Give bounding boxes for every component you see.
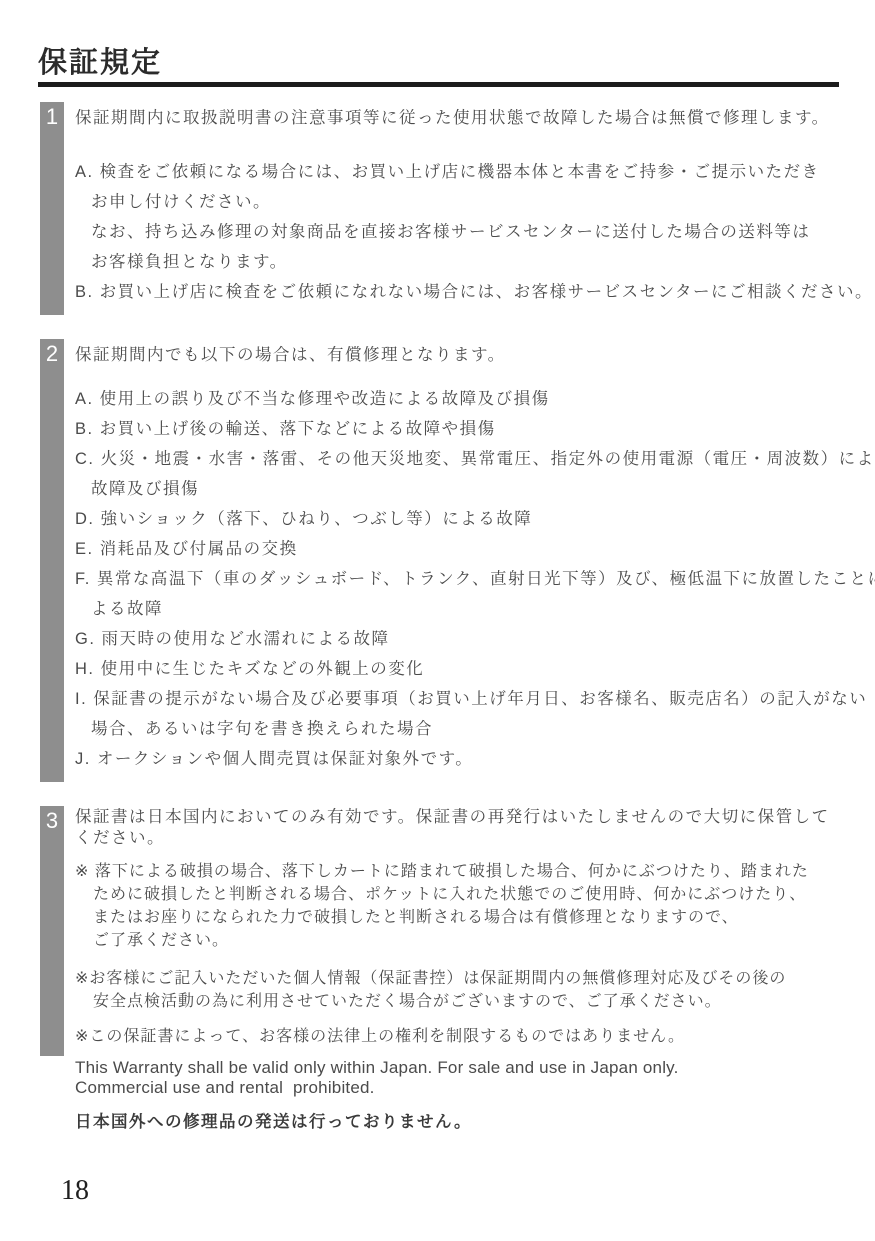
section-intro: 保証期間内に取扱説明書の注意事項等に従った使用状態で故障した場合は無償で修理しま…	[75, 103, 873, 133]
section-3-number-badge: 3	[40, 806, 64, 1056]
page-number: 18	[61, 1175, 89, 1207]
list-item-line: F. 異常な高温下（車のダッシュボード、トランク、直射日光下等）及び、極低温下に…	[75, 564, 875, 594]
list-item-line: お申し付けください。	[75, 187, 873, 217]
section-number: 1	[46, 104, 58, 129]
section-2-content: 保証期間内でも以下の場合は、有償修理となります。 A. 使用上の誤り及び不当な修…	[64, 339, 875, 782]
english-warranty-notice: This Warranty shall be valid only within…	[75, 1058, 679, 1097]
list-item-line: J. オークションや個人間売買は保証対象外です。	[75, 744, 875, 774]
list-item-line: G. 雨天時の使用など水濡れによる故障	[75, 624, 875, 654]
section-3: 3 保証書は日本国内においてのみ有効です。保証書の再発行はいたしませんので大切に…	[40, 806, 852, 1056]
english-line-1: This Warranty shall be valid only within…	[75, 1058, 679, 1077]
list-item-line: E. 消耗品及び付属品の交換	[75, 534, 875, 564]
section-intro: 保証書は日本国内においてのみ有効です。保証書の再発行はいたしませんので大切に保管…	[75, 807, 852, 849]
section-3-content: 保証書は日本国内においてのみ有効です。保証書の再発行はいたしませんので大切に保管…	[64, 806, 852, 1056]
list-item-line: D. 強いショック（落下、ひねり、つぶし等）による故障	[75, 504, 875, 534]
section-1-number-badge: 1	[40, 102, 64, 315]
list-item-line: 故障及び損傷	[75, 474, 875, 504]
note-line: ご了承ください。	[75, 929, 852, 952]
note-line: ※お客様にご記入いただいた個人情報（保証書控）は保証期間内の無償修理対応及びその…	[75, 967, 852, 990]
list-item-line: A. 使用上の誤り及び不当な修理や改造による故障及び損傷	[75, 384, 875, 414]
section-2-items: A. 使用上の誤り及び不当な修理や改造による故障及び損傷 B. お買い上げ後の輸…	[75, 384, 875, 774]
title-underline-rule	[38, 82, 839, 87]
document-body: 1 保証期間内に取扱説明書の注意事項等に従った使用状態で故障した場合は無償で修理…	[40, 102, 852, 1056]
section-intro-line: ください。	[75, 828, 852, 849]
note-line: 安全点検活動の為に利用させていただく場合がございますので、ご了承ください。	[75, 990, 852, 1013]
section-1: 1 保証期間内に取扱説明書の注意事項等に従った使用状態で故障した場合は無償で修理…	[40, 102, 852, 315]
note-legal-rights: ※この保証書によって、お客様の法律上の権利を制限するものではありません。	[75, 1025, 852, 1048]
page-title: 保証規定	[38, 40, 162, 81]
section-2: 2 保証期間内でも以下の場合は、有償修理となります。 A. 使用上の誤り及び不当…	[40, 339, 852, 782]
list-item-line: よる故障	[75, 594, 875, 624]
note-line: ※この保証書によって、お客様の法律上の権利を制限するものではありません。	[75, 1025, 852, 1048]
section-2-number-badge: 2	[40, 339, 64, 782]
note-line: ※ 落下による破損の場合、落下しカートに踏まれて破損した場合、何かにぶつけたり、…	[75, 860, 852, 883]
warranty-document-page: 保証規定 1 保証期間内に取扱説明書の注意事項等に従った使用状態で故障した場合は…	[0, 0, 875, 1241]
list-item-line: A. 検査をご依頼になる場合には、お買い上げ店に機器本体と本書をご持参・ご提示い…	[75, 157, 873, 187]
note-line: ために破損したと判断される場合、ポケットに入れた状態でのご使用時、何かにぶつけた…	[75, 883, 852, 906]
note-damage-cases: ※ 落下による破損の場合、落下しカートに踏まれて破損した場合、何かにぶつけたり、…	[75, 860, 852, 952]
list-item-line: I. 保証書の提示がない場合及び必要事項（お買い上げ年月日、お客様名、販売店名）…	[75, 684, 875, 714]
list-item-line: B. お買い上げ店に検査をご依頼になれない場合には、お客様サービスセンターにご相…	[75, 277, 873, 307]
section-1-content: 保証期間内に取扱説明書の注意事項等に従った使用状態で故障した場合は無償で修理しま…	[64, 102, 873, 315]
list-item-line: 場合、あるいは字句を書き換えられた場合	[75, 714, 875, 744]
section-number: 2	[46, 341, 58, 366]
section-number: 3	[46, 808, 58, 833]
note-personal-info: ※お客様にご記入いただいた個人情報（保証書控）は保証期間内の無償修理対応及びその…	[75, 967, 852, 1013]
list-item-line: H. 使用中に生じたキズなどの外観上の変化	[75, 654, 875, 684]
section-1-items: A. 検査をご依頼になる場合には、お買い上げ店に機器本体と本書をご持参・ご提示い…	[75, 157, 873, 307]
english-line-2: Commercial use and rental prohibited.	[75, 1078, 375, 1097]
list-item-line: B. お買い上げ後の輸送、落下などによる故障や損傷	[75, 414, 875, 444]
note-line: またはお座りになられた力で破損したと判断される場合は有償修理となりますので、	[75, 906, 852, 929]
list-item-line: なお、持ち込み修理の対象商品を直接お客様サービスセンターに送付した場合の送料等は	[75, 217, 873, 247]
list-item-line: C. 火災・地震・水害・落雷、その他天災地変、異常電圧、指定外の使用電源（電圧・…	[75, 444, 875, 474]
section-intro-line: 保証書は日本国内においてのみ有効です。保証書の再発行はいたしませんので大切に保管…	[75, 807, 852, 828]
section-intro: 保証期間内でも以下の場合は、有償修理となります。	[75, 340, 875, 370]
japanese-shipping-notice: 日本国外への修理品の発送は行っておりません。	[75, 1108, 472, 1132]
list-item-line: お客様負担となります。	[75, 247, 873, 277]
